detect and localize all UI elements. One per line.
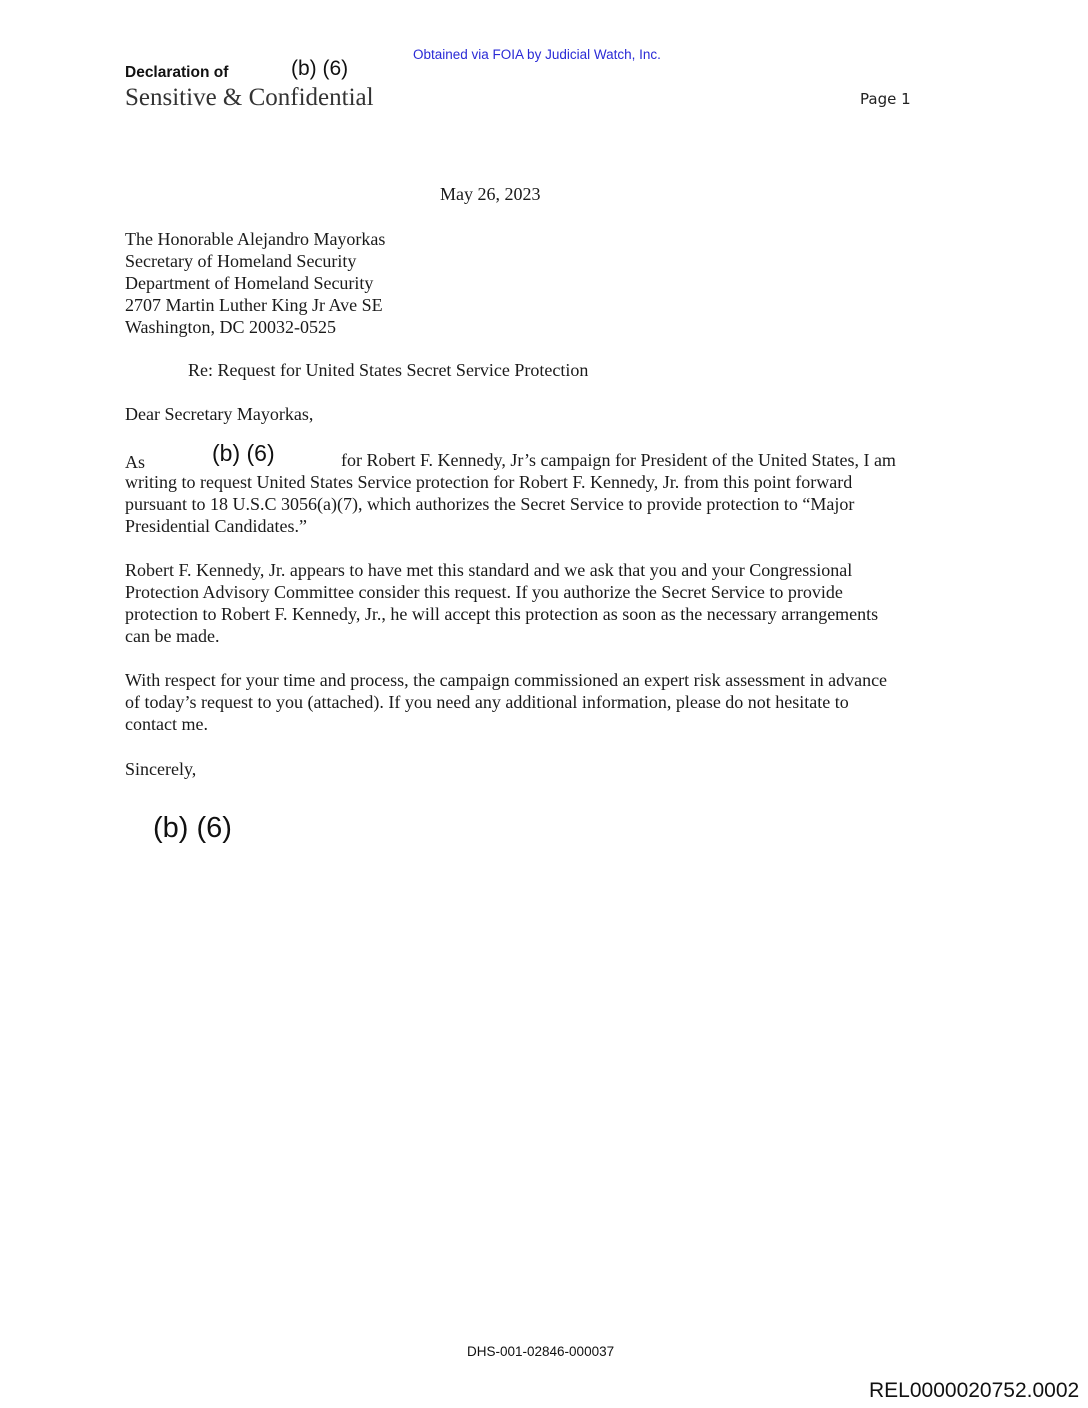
- recipient-address: The Honorable Alejandro Mayorkas Secreta…: [125, 228, 385, 338]
- address-line: Department of Homeland Security: [125, 272, 385, 294]
- signature-redaction: (b) (6): [153, 812, 232, 845]
- paragraph-request: As (b) (6) for Robert F. Kennedy, Jr’s c…: [125, 449, 955, 537]
- release-id: REL0000020752.0002: [869, 1379, 1079, 1403]
- bates-number: DHS-001-02846-000037: [467, 1344, 614, 1359]
- paragraph-risk-assessment: With respect for your time and process, …: [125, 669, 955, 735]
- address-line: 2707 Martin Luther King Jr Ave SE: [125, 294, 385, 316]
- address-line: Secretary of Homeland Security: [125, 250, 385, 272]
- title-redaction: (b) (6): [212, 442, 275, 464]
- address-line: The Honorable Alejandro Mayorkas: [125, 228, 385, 250]
- declaration-label: Declaration of: [125, 64, 228, 82]
- paragraph-line: for Robert F. Kennedy, Jr’s campaign for…: [341, 449, 896, 471]
- declaration-redaction: (b) (6): [291, 57, 348, 81]
- paragraph-line: Protection Advisory Committee consider t…: [125, 581, 955, 603]
- foia-watermark: Obtained via FOIA by Judicial Watch, Inc…: [413, 47, 661, 62]
- closing: Sincerely,: [125, 759, 196, 780]
- page-number: Page 1: [860, 90, 911, 108]
- paragraph-line: With respect for your time and process, …: [125, 669, 955, 691]
- paragraph-line: of today’s request to you (attached). If…: [125, 691, 955, 713]
- paragraph-line: can be made.: [125, 625, 955, 647]
- paragraph-line: writing to request United States Service…: [125, 471, 955, 493]
- letter-date: May 26, 2023: [440, 184, 541, 205]
- paragraph-line: Robert F. Kennedy, Jr. appears to have m…: [125, 559, 955, 581]
- subject-line: Re: Request for United States Secret Ser…: [188, 360, 588, 381]
- paragraph-line: pursuant to 18 U.S.C 3056(a)(7), which a…: [125, 493, 955, 515]
- address-line: Washington, DC 20032-0525: [125, 316, 385, 338]
- paragraph-line: contact me.: [125, 713, 955, 735]
- lead-word: As: [125, 451, 145, 473]
- salutation: Dear Secretary Mayorkas,: [125, 404, 313, 425]
- paragraph-standard: Robert F. Kennedy, Jr. appears to have m…: [125, 559, 955, 647]
- paragraph-line: protection to Robert F. Kennedy, Jr., he…: [125, 603, 955, 625]
- classification-label: Sensitive & Confidential: [125, 84, 374, 112]
- paragraph-first-line: As (b) (6) for Robert F. Kennedy, Jr’s c…: [125, 449, 955, 471]
- paragraph-line: Presidential Candidates.”: [125, 515, 955, 537]
